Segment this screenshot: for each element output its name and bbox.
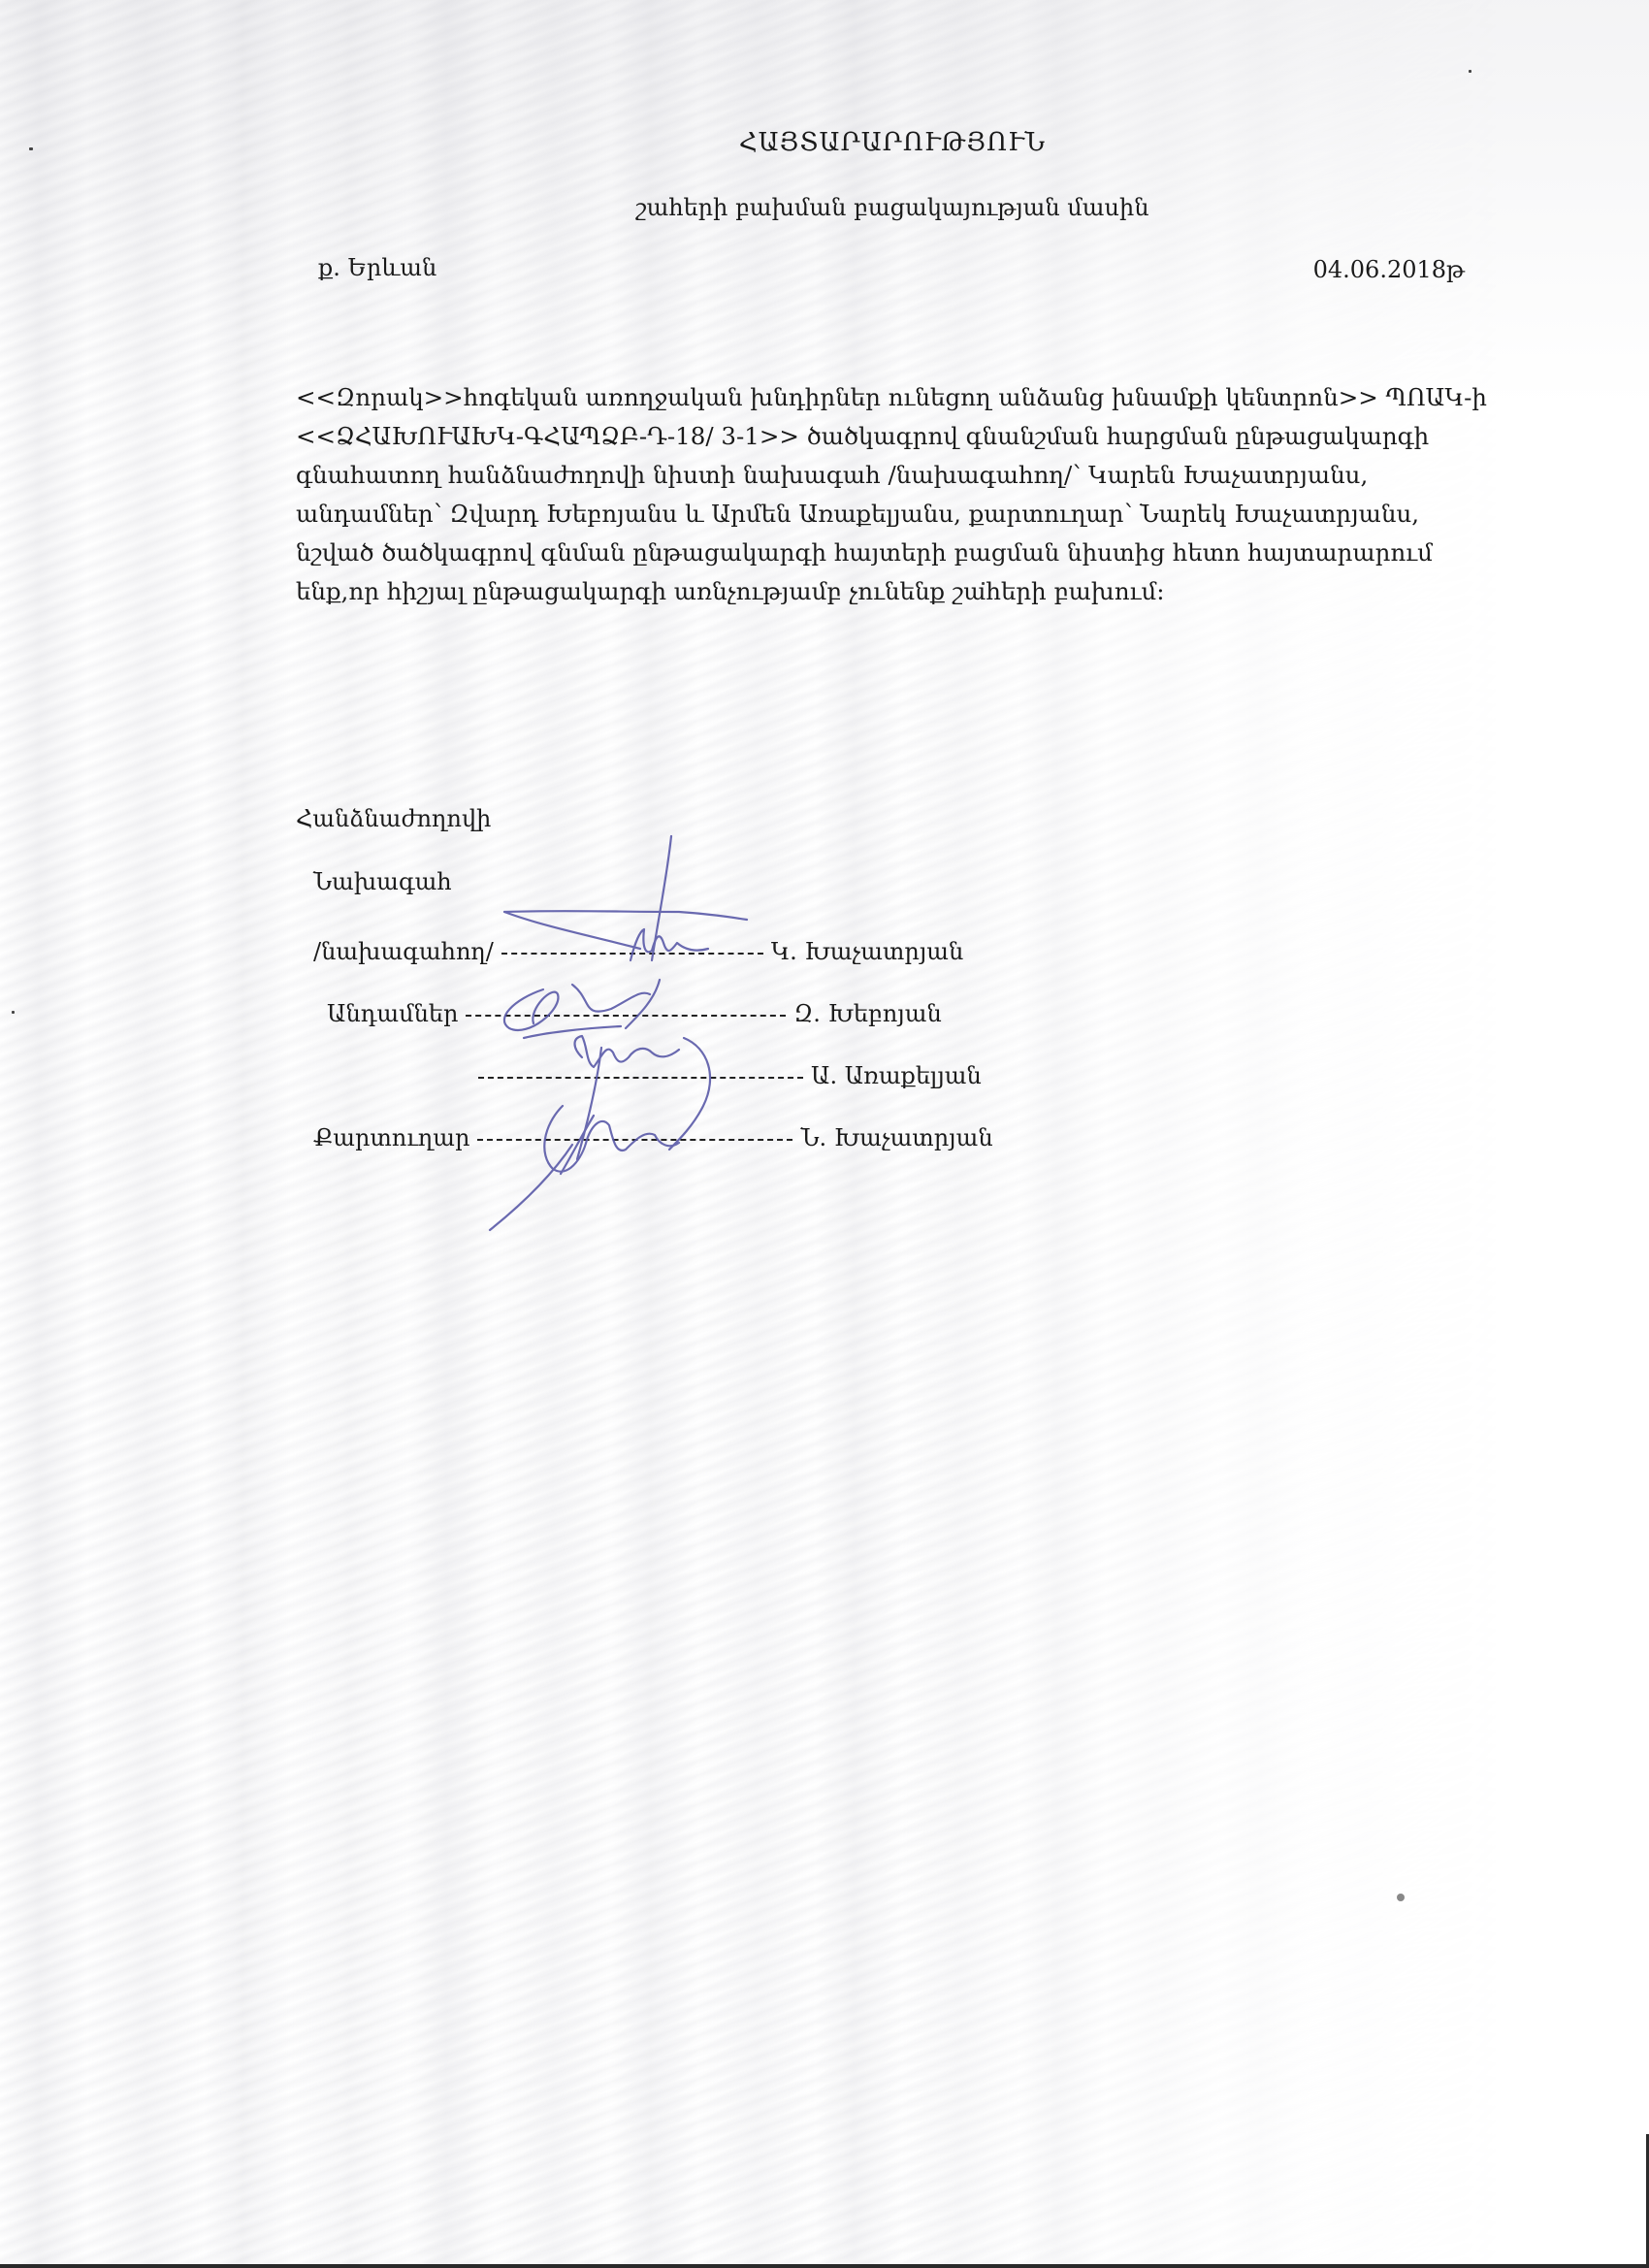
signature-name: Ն. Խաչատրյան — [800, 1124, 992, 1151]
scan-speck — [1397, 1894, 1405, 1901]
scan-speck — [29, 147, 33, 150]
signature-name: Կ. Խաչատրյան — [771, 938, 963, 965]
scan-speck — [982, 582, 985, 585]
signature-role: Քարտուղար — [313, 1124, 469, 1151]
chair-heading: Նախագահ — [313, 868, 452, 895]
body-line: նշված ծածկագրով գնման ընթացակարգի հայտեր… — [296, 534, 1489, 572]
signature-role: Անդամներ — [327, 1000, 458, 1027]
signature-row-member-2: Ա. Առաքելյան — [296, 1056, 1072, 1095]
signature-row-secretary: Քարտուղար Ն. Խաչատրյան — [296, 1118, 1072, 1157]
document-page: ՀԱՅՏԱՐԱՐՈՒԹՅՈՒՆ շահերի բախման բացակայութ… — [0, 0, 1649, 2268]
signature-row-member-1: Անդամներ Զ. Խեբոյան — [296, 994, 1072, 1033]
declaration-body: <<Զորակ>>հոգեկան առողջական խնդիրներ ունե… — [296, 378, 1489, 611]
signature-line — [501, 953, 763, 955]
scan-speck — [1469, 70, 1471, 73]
body-line: ենք,որ հիշյալ ընթացակարգի առնչությամբ չո… — [296, 572, 1489, 611]
committee-heading: Հանձնաժողովի — [296, 805, 491, 832]
document-subtitle: շահերի բախման բացակայության մասին — [0, 194, 1649, 221]
document-place: ք. Երևան — [318, 254, 436, 281]
document-date: 04.06.2018թ — [1313, 256, 1465, 283]
scan-edge — [0, 2264, 1649, 2268]
signature-line — [466, 1015, 786, 1017]
body-line: <<Զորակ>>հոգեկան առողջական խնդիրներ ունե… — [296, 378, 1489, 417]
document-title: ՀԱՅՏԱՐԱՐՈՒԹՅՈՒՆ — [0, 128, 1649, 157]
body-line: անդամներ՝ Զվարդ Խեբոյանս և Արմեն Առաքելյ… — [296, 495, 1489, 534]
body-line: գնահատող հանձնաժողովի նիստի նախագահ /նախ… — [296, 456, 1489, 495]
signature-row-chair: /նախագահող/ Կ. Խաչատրյան — [296, 932, 1072, 971]
body-line: <<ՁՀԱԽՈՒԱԽԿ-ԳՀԱՊՁԲ-Դ-18/ 3-1>> ծածկագրով… — [296, 417, 1489, 456]
signature-name: Ա. Առաքելյան — [811, 1062, 982, 1089]
signature-name: Զ. Խեբոյան — [793, 1000, 941, 1027]
signature-line — [477, 1139, 792, 1141]
scan-speck — [12, 1011, 15, 1014]
signature-line — [478, 1077, 803, 1079]
signature-role: /նախագահող/ — [313, 938, 494, 965]
